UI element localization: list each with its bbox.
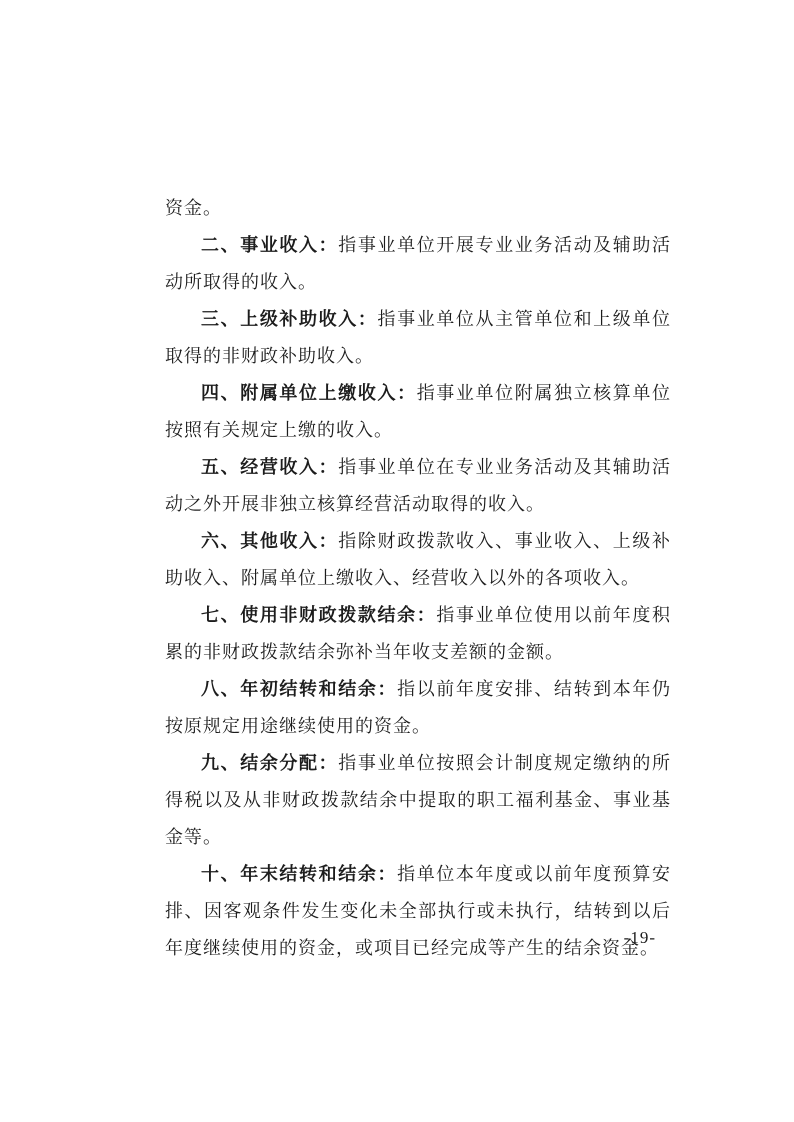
definition-paragraph: 二、事业收入：指事业单位开展专业业务活动及辅助活动所取得的收入。 bbox=[165, 227, 671, 301]
document-body: 资金。 二、事业收入：指事业单位开展专业业务活动及辅助活动所取得的收入。 三、上… bbox=[165, 190, 671, 967]
definition-paragraph: 十、年末结转和结余：指单位本年度或以前年度预算安排、因客观条件发生变化未全部执行… bbox=[165, 856, 671, 967]
definition-paragraph: 七、使用非财政拨款结余：指事业单位使用以前年度积累的非财政拨款结余弥补当年收支差… bbox=[165, 597, 671, 671]
term-label: 十、年末结转和结余： bbox=[201, 864, 397, 884]
term-label: 二、事业收入： bbox=[201, 235, 338, 255]
term-label: 四、附属单位上缴收入： bbox=[201, 383, 417, 403]
definition-paragraph: 三、上级补助收入：指事业单位从主管单位和上级单位取得的非财政补助收入。 bbox=[165, 301, 671, 375]
paragraph-fragment: 资金。 bbox=[165, 190, 671, 227]
definition-paragraph: 四、附属单位上缴收入：指事业单位附属独立核算单位按照有关规定上缴的收入。 bbox=[165, 375, 671, 449]
definition-paragraph: 五、经营收入：指事业单位在专业业务活动及其辅助活动之外开展非独立核算经营活动取得… bbox=[165, 449, 671, 523]
definition-paragraph: 六、其他收入：指除财政拨款收入、事业收入、上级补助收入、附属单位上缴收入、经营收… bbox=[165, 523, 671, 597]
definition-paragraph: 九、结余分配：指事业单位按照会计制度规定缴纳的所得税以及从非财政拨款结余中提取的… bbox=[165, 745, 671, 856]
page-number: -19- bbox=[624, 928, 656, 948]
term-label: 五、经营收入： bbox=[201, 457, 338, 477]
term-label: 七、使用非财政拨款结余： bbox=[201, 605, 436, 625]
definition-paragraph: 八、年初结转和结余：指以前年度安排、结转到本年仍按原规定用途继续使用的资金。 bbox=[165, 671, 671, 745]
term-label: 六、其他收入： bbox=[201, 531, 338, 551]
document-page: 资金。 二、事业收入：指事业单位开展专业业务活动及辅助活动所取得的收入。 三、上… bbox=[0, 0, 794, 1122]
term-label: 八、年初结转和结余： bbox=[201, 679, 397, 699]
term-label: 九、结余分配： bbox=[201, 753, 338, 773]
term-label: 三、上级补助收入： bbox=[201, 309, 377, 329]
